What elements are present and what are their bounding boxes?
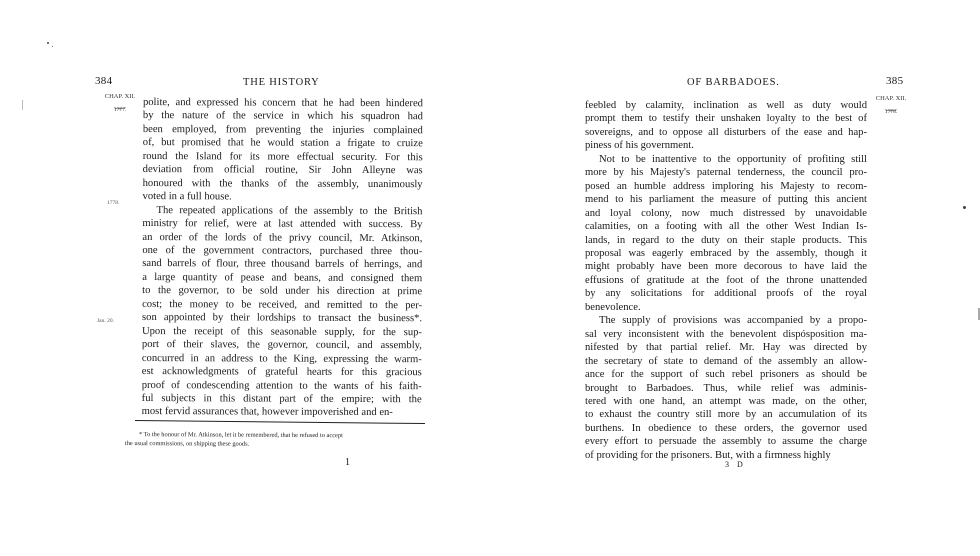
text-line: polite, and expressed his concern that h… [143,96,423,111]
text-line: of, but promised that he would station a… [143,136,423,151]
text-line: burthens. In obedience to these orders, … [585,422,867,435]
text-line: nifested by that partial relief. Mr. Hay… [585,341,867,354]
text-line: prompt them to testify their unshaken lo… [585,112,867,125]
paragraph: feebled by calamity, inclination as well… [585,99,867,153]
text-line: one of the government contractors, purch… [142,244,422,259]
footnote: * To the honour of Mr. Atkinson, let it … [125,430,425,450]
right-page-number: 385 [886,75,903,87]
text-line: more by his Majesty's paternal tendernes… [585,166,867,179]
text-line: benevolence. [585,301,867,314]
text-line: round the Island for its more effectual … [143,150,423,165]
left-body-text: polite, and expressed his concern that h… [142,96,423,420]
left-signature-mark: 1 [345,457,352,468]
text-line: concurred in an address to the King, exp… [142,352,422,367]
text-line: honoured with the thanks of the assembly… [143,177,423,192]
book-spread: 384 THE HISTORY CHAP. XII. ⏟ 1777. 1778.… [0,0,980,556]
text-line: most fervid assurances that, however imp… [142,405,422,420]
right-body-text: feebled by calamity, inclination as well… [585,99,867,462]
left-page-number: 384 [95,75,112,87]
text-line: an order of the lords of the privy counc… [142,231,422,246]
text-line: brought to Barbadoes. Thus, while relief… [585,382,867,395]
text-line: cost; the money to be received, and remi… [142,298,422,313]
text-line: sovereigns, and to oppose all disturbers… [585,126,867,139]
footnote-divider [135,420,425,424]
text-line: port of their slaves, the governor, coun… [142,338,422,353]
text-line: son appointed by their lordships to tran… [142,311,422,326]
scan-speck [52,46,53,47]
text-line: a large quantity of pease and beans, and… [142,271,422,286]
left-running-head: THE HISTORY [243,77,320,88]
text-line: The repeated applications of the assembl… [142,204,422,219]
text-line: piness of his government. [585,139,867,152]
text-line: Upon the receipt of this seasonable supp… [142,325,422,340]
paragraph: polite, and expressed his concern that h… [143,96,423,205]
text-line: voted in a full house. [143,190,423,205]
text-line: proof of condescending attention to the … [142,379,422,394]
text-line: the secretary of state to demand of the … [585,355,867,368]
text-line: proposal was eagerly embraced by the ass… [585,247,867,260]
text-line: and loyal colony, now much distressed by… [585,207,867,220]
right-chapter-margin-note: CHAP. XII. ⏟ 1778. [870,96,912,115]
text-line: to exhaust the country still more by an … [585,408,867,421]
text-line: The supply of provisions was accompanied… [585,314,867,327]
text-line: posed an humble address imploring his Ma… [585,180,867,193]
text-line: lands, in regard to the duty on their st… [585,234,867,247]
scan-mark [22,100,23,110]
text-line: ance for the support of such rebel priso… [585,368,867,381]
text-line: sal very inconsistent with the benevolen… [585,328,867,341]
text-line: might probably have been more decorous t… [585,260,867,273]
footnote-line-2: the usual commissions, on shipping these… [125,439,425,450]
scan-speck [963,206,966,209]
text-line: deviation from official routine, Sir Joh… [143,163,423,178]
text-line: calamities, on a footing with all the ot… [585,220,867,233]
scan-speck [47,42,49,44]
text-line: est acknowledgments of grateful hearts f… [142,365,422,380]
text-line: mend to his parliament the measure of pu… [585,193,867,206]
left-chapter-margin-note: CHAP. XII. ⏟ 1777. [99,94,141,113]
paragraph: The repeated applications of the assembl… [142,204,423,420]
text-line: ministry for relief, were at last attend… [142,217,422,232]
margin-date-1778: 1778. [107,200,119,206]
paragraph: The supply of provisions was accompanied… [585,314,867,462]
right-signature-mark: 3 D [725,460,746,469]
text-line: by any solicitations for additional proo… [585,287,867,300]
right-running-head: OF BARBADOES. [687,77,780,88]
text-line: feebled by calamity, inclination as well… [585,99,867,112]
text-line: ful subjects in this distant part of the… [142,392,422,407]
text-line: effusions of gratitude at the foot of th… [585,274,867,287]
margin-date-jan-20: Jan. 20. [97,318,114,324]
text-line: Not to be inattentive to the opportunity… [585,153,867,166]
text-line: to the governor, to be sold under his di… [142,284,422,299]
text-line: by the nature of the service in which hi… [143,109,423,124]
text-line: sand barrels of flour, three thousand ba… [142,257,422,272]
text-line: every effort to persuade the assembly to… [585,435,867,448]
text-line: been employed, from preventing the injur… [143,123,423,138]
text-line: tered with one hand, an attempt was made… [585,395,867,408]
paragraph: Not to be inattentive to the opportunity… [585,153,867,314]
